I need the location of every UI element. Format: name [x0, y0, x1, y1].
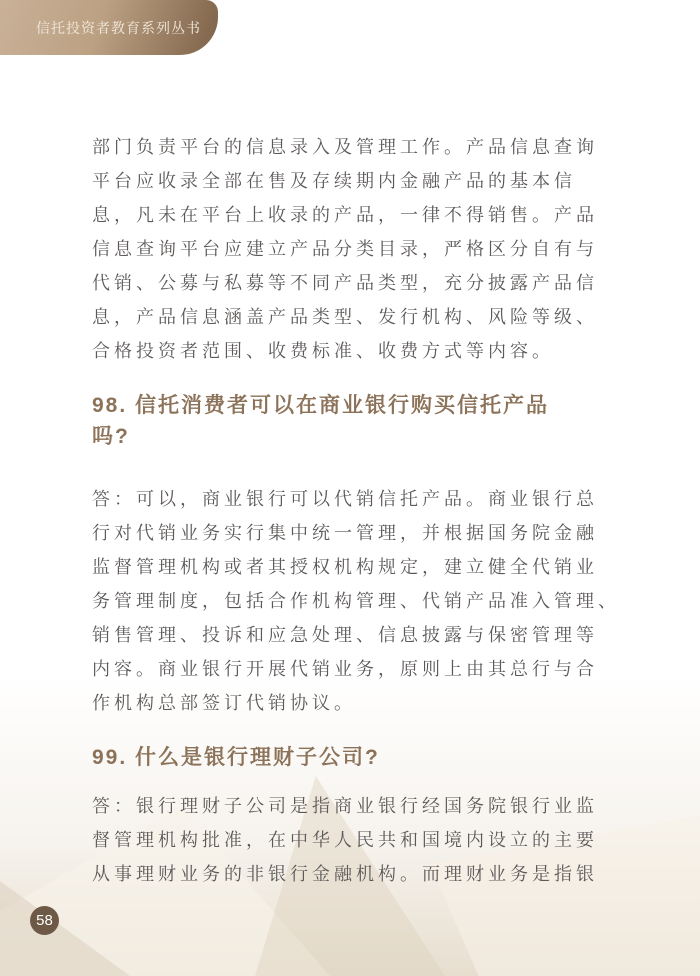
page-number-badge: 58 [30, 906, 59, 935]
page-content: 部门负责平台的信息录入及管理工作。产品信息查询 平台应收录全部在售及存续期内金融… [92, 130, 632, 891]
series-title: 信托投资者教育系列丛书 [36, 18, 201, 38]
question-99-answer: 答：银行理财子公司是指商业银行经国务院银行业监 督管理机构批准，在中华人民共和国… [92, 789, 632, 891]
question-98-answer: 答：可以，商业银行可以代销信托产品。商业银行总 行对代销业务实行集中统一管理，并… [92, 482, 632, 720]
facet-shape [0, 881, 130, 976]
intro-paragraph: 部门负责平台的信息录入及管理工作。产品信息查询 平台应收录全部在售及存续期内金融… [92, 130, 632, 368]
series-banner: 信托投资者教育系列丛书 [0, 0, 218, 55]
page-number: 58 [36, 912, 53, 929]
book-page: 信托投资者教育系列丛书 部门负责平台的信息录入及管理工作。产品信息查询 平台应收… [0, 0, 700, 976]
question-99-heading: 99. 什么是银行理财子公司? [92, 742, 632, 773]
question-98-heading: 98. 信托消费者可以在商业银行购买信托产品 吗? [92, 390, 632, 452]
